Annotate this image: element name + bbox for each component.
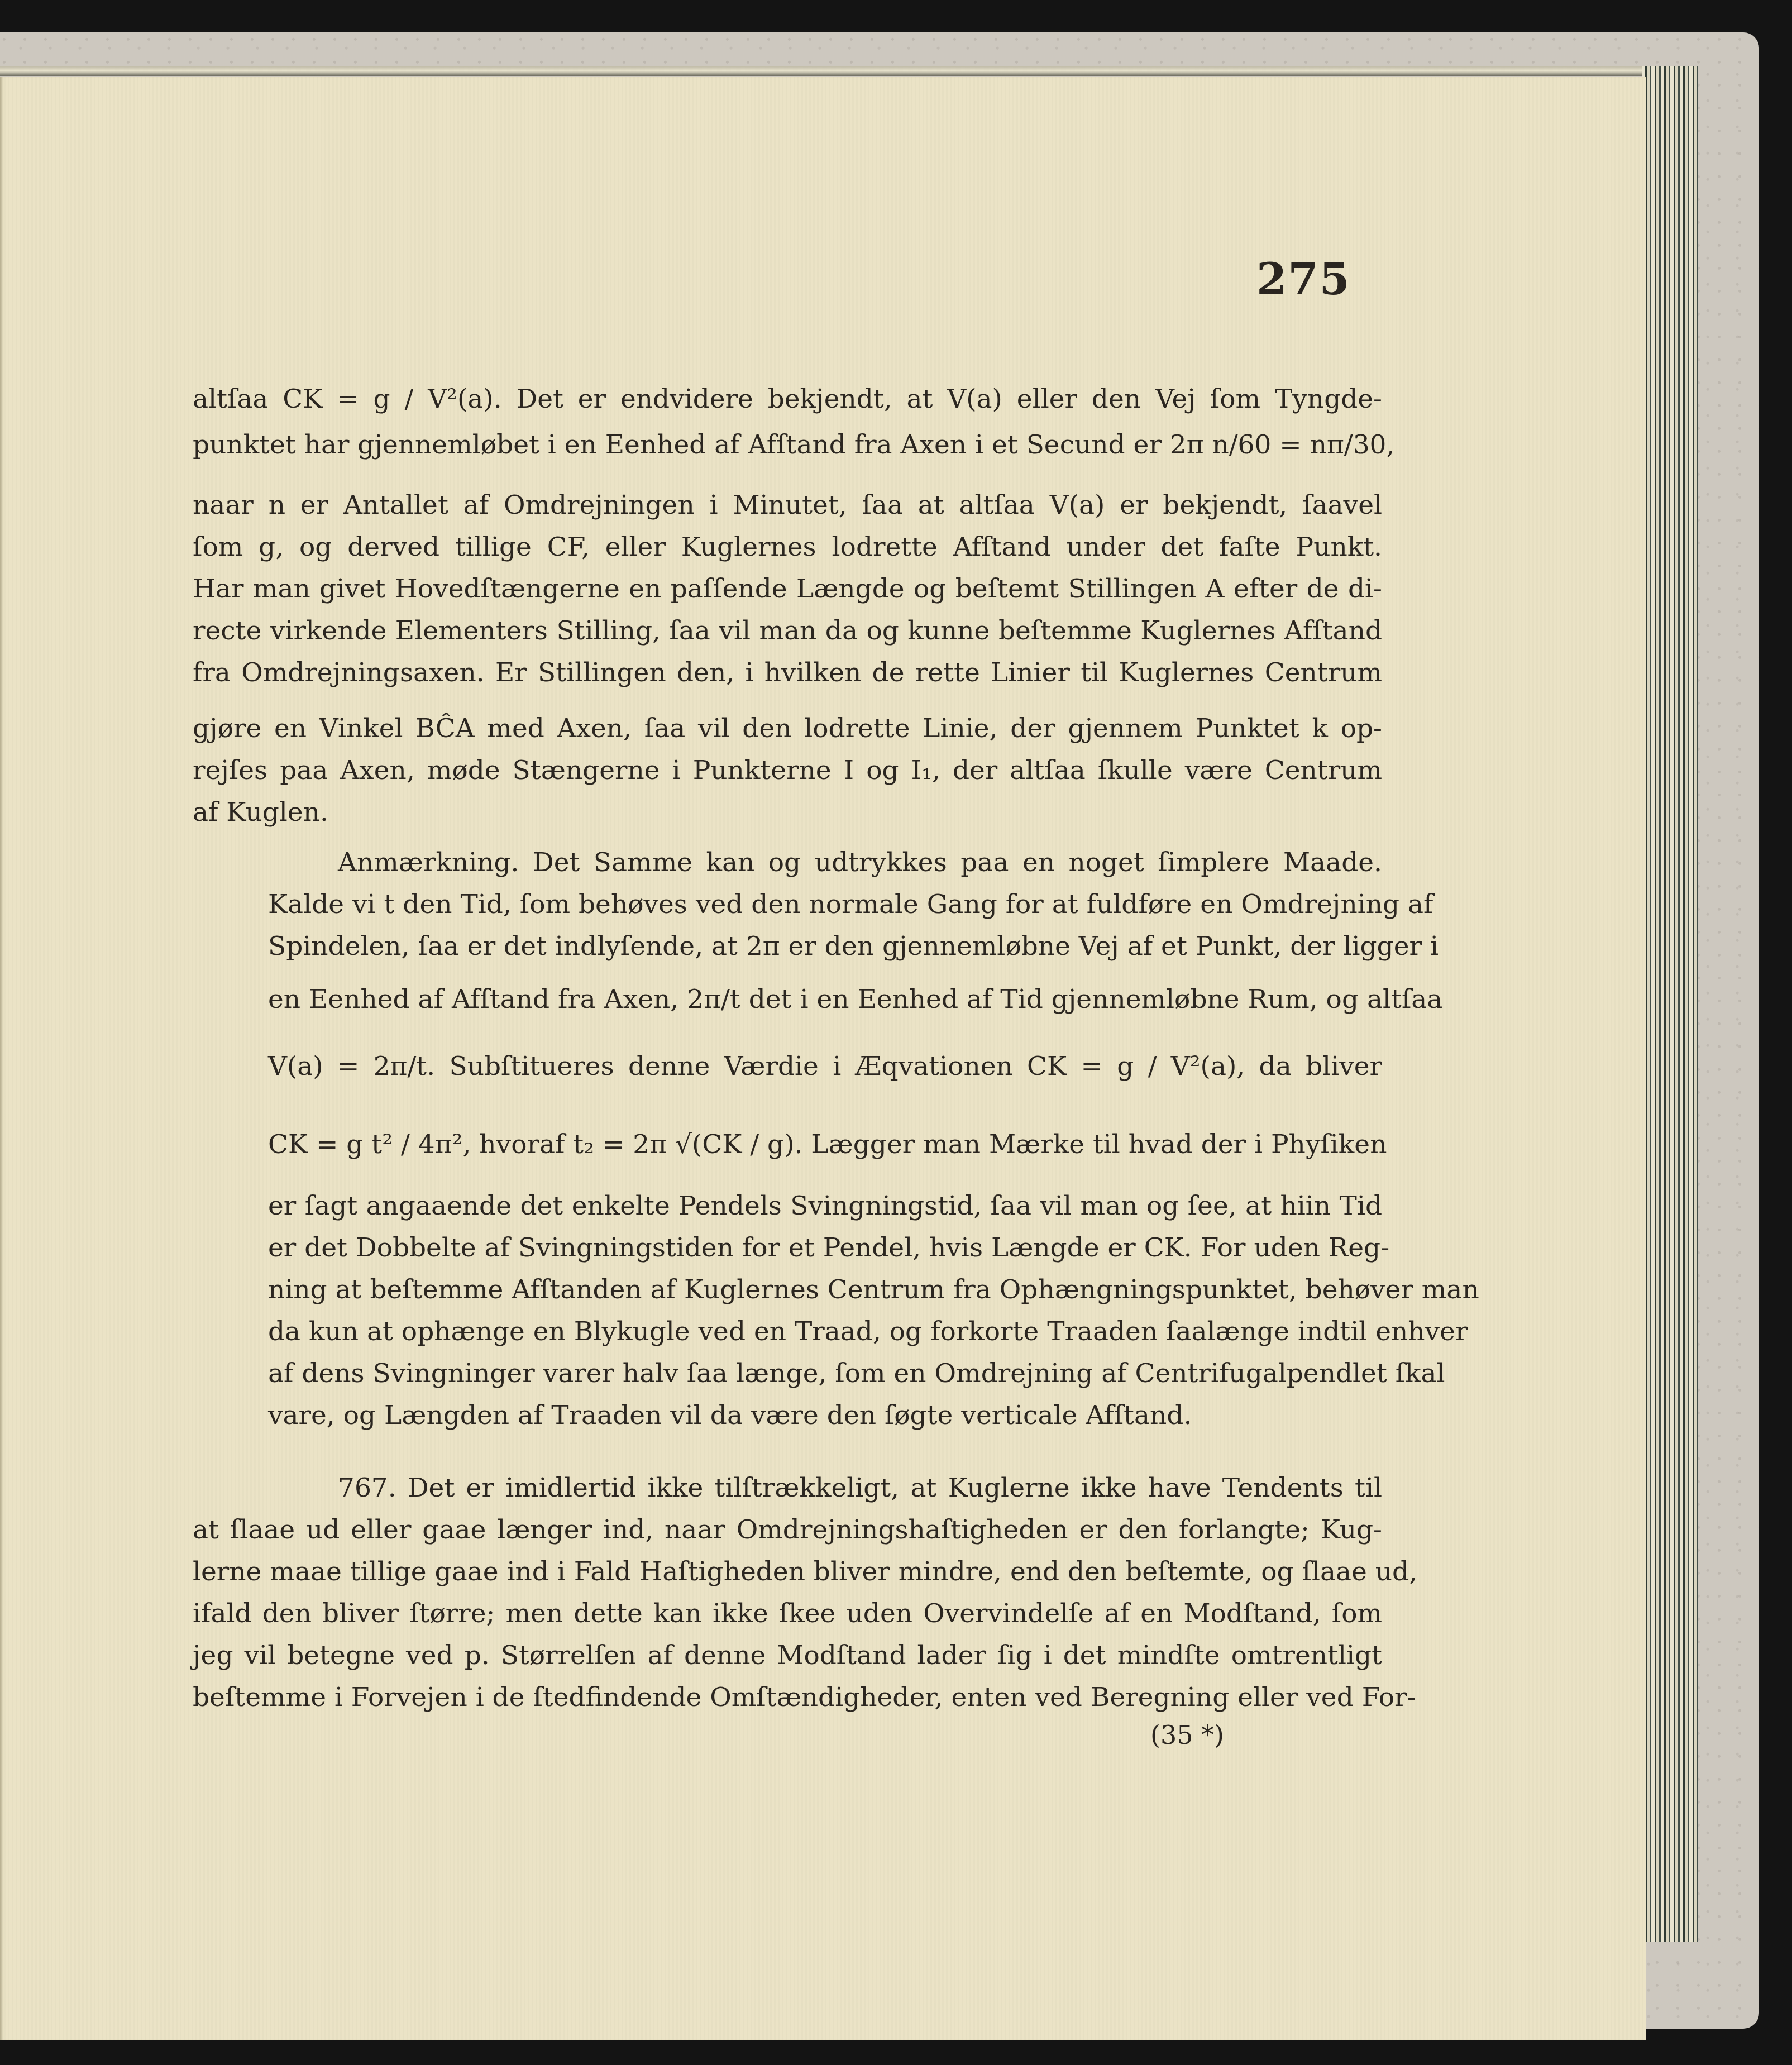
text-line: ning at beſtemme Afſtanden af Kuglernes …	[268, 1270, 1382, 1309]
page-edges-right	[1642, 66, 1698, 1942]
text-line: naar n er Antallet af Omdrejningen i Min…	[193, 486, 1382, 525]
text-line: gjøre en Vinkel BĈA med Axen, ſaa vil de…	[193, 709, 1382, 748]
text-line: altſaa CK = g / V²(a). Det er endvidere …	[193, 380, 1382, 419]
text-line: at ſlaae ud eller gaae længer ind, naar …	[193, 1510, 1382, 1550]
page-edges-top	[0, 66, 1698, 76]
text-line: af dens Svingninger varer halv ſaa længe…	[268, 1354, 1382, 1393]
text-line: recte virkende Elementers Stilling, ſaa …	[193, 611, 1382, 651]
text-line: punktet har gjennemløbet i en Eenhed af …	[193, 426, 1382, 465]
text-line: Spindelen, ſaa er det indlyſende, at 2π …	[268, 927, 1382, 966]
text-line: er ſagt angaaende det enkelte Pendels Sv…	[268, 1187, 1382, 1226]
text-line: CK = g t² / 4π², hvoraf t₂ = 2π √(CK / g…	[268, 1125, 1382, 1164]
text-line: er det Dobbelte af Svingningstiden for e…	[268, 1229, 1382, 1268]
text-line: rejſes paa Axen, møde Stængerne i Punkte…	[193, 751, 1382, 790]
text-line: Kalde vi t den Tid, ſom behøves ved den …	[268, 885, 1382, 924]
section-number: 767.	[338, 1473, 396, 1503]
text-line: beſtemme i Forvejen i de ſtedfindende Om…	[193, 1678, 1382, 1717]
text-line: jeg vil betegne ved p. Størrelſen af den…	[193, 1636, 1382, 1675]
text-line: af Kuglen.	[193, 793, 1382, 832]
signature-mark: (35 *)	[1150, 1720, 1224, 1750]
remark-label: Anmærkning.	[338, 847, 519, 878]
text-line: vare, og Længden af Traaden vil da være …	[268, 1396, 1382, 1435]
text-line: lerne maae tillige gaae ind i Fald Haſti…	[193, 1552, 1382, 1591]
text-line: V(a) = 2π/t. Subſtitueres denne Værdie i…	[268, 1047, 1382, 1086]
text-line: da kun at ophænge en Blykugle ved en Tra…	[268, 1312, 1382, 1351]
text-line: en Eenhed af Afſtand fra Axen, 2π/t det …	[268, 980, 1382, 1019]
text-line: ſom g, og derved tillige CF, eller Kugle…	[193, 528, 1382, 567]
page-number: 275	[1256, 254, 1340, 305]
text-line: fra Omdrejningsaxen. Er Stillingen den, …	[193, 653, 1382, 692]
text-line: ifald den bliver ſtørre; men dette kan i…	[193, 1594, 1382, 1633]
section-text: Det er imidlertid ikke tilſtrækkeligt, a…	[408, 1473, 1382, 1503]
remark-text: Det Samme kan og udtrykkes paa en noget …	[533, 847, 1382, 878]
section-first-line: 767. Det er imidlertid ikke tilſtrækkeli…	[193, 1469, 1382, 1508]
text-line: Har man givet Hovedſtængerne en paſſende…	[193, 570, 1382, 609]
remark-first-line: Anmærkning. Det Samme kan og udtrykkes p…	[193, 843, 1382, 882]
